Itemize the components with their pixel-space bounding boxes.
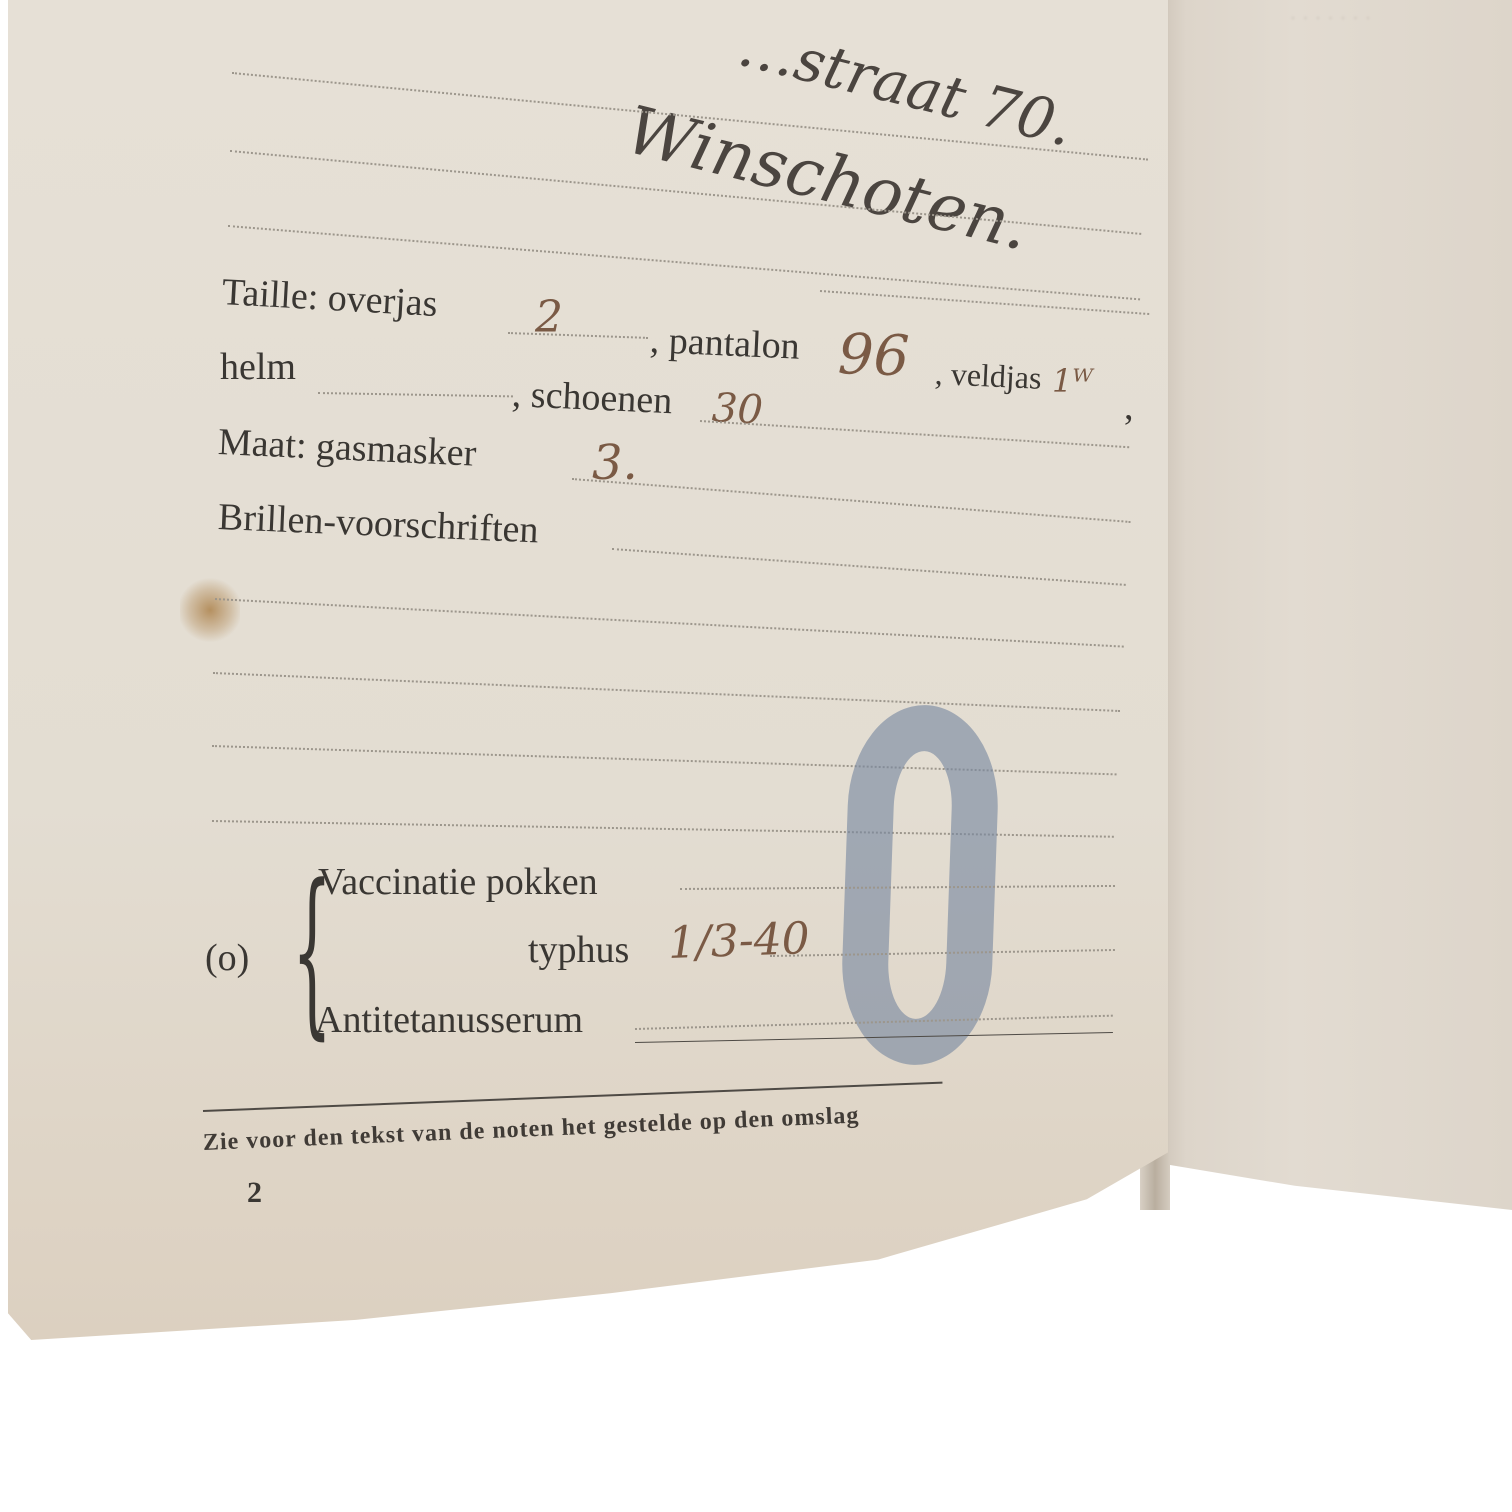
schoenen-label: , schoenen xyxy=(511,372,673,423)
pantalon-label: , pantalon xyxy=(649,318,801,369)
note-marker: (o) xyxy=(205,936,249,980)
bleed-through-text: · · · · · · · xyxy=(1290,8,1372,29)
gasmasker-label: gasmasker xyxy=(315,425,477,474)
vaccinatie-pokken-label: Vaccinatie pokken xyxy=(318,860,598,904)
veldjas-value: 1ᵂ xyxy=(1052,362,1093,400)
typhus-value: 1/3-40 xyxy=(667,913,810,969)
schoenen-value: 30 xyxy=(711,385,764,434)
pantalon-value: 96 xyxy=(837,322,910,389)
open-booklet: · · · · · · · …straat 70. Winschoten. Ta… xyxy=(0,0,1512,1512)
overjas-label: overjas xyxy=(327,277,439,325)
antitetanusserum-label: Antitetanusserum xyxy=(315,998,583,1042)
page-number: 2 xyxy=(247,1176,262,1210)
paper-stain xyxy=(180,575,240,645)
typhus-label: typhus xyxy=(528,928,629,972)
veldjas-label: , veldjas xyxy=(934,355,1042,397)
trailing-comma: , xyxy=(1124,385,1134,429)
helm-label: helm xyxy=(220,345,296,389)
right-page: · · · · · · · xyxy=(1150,0,1512,1210)
